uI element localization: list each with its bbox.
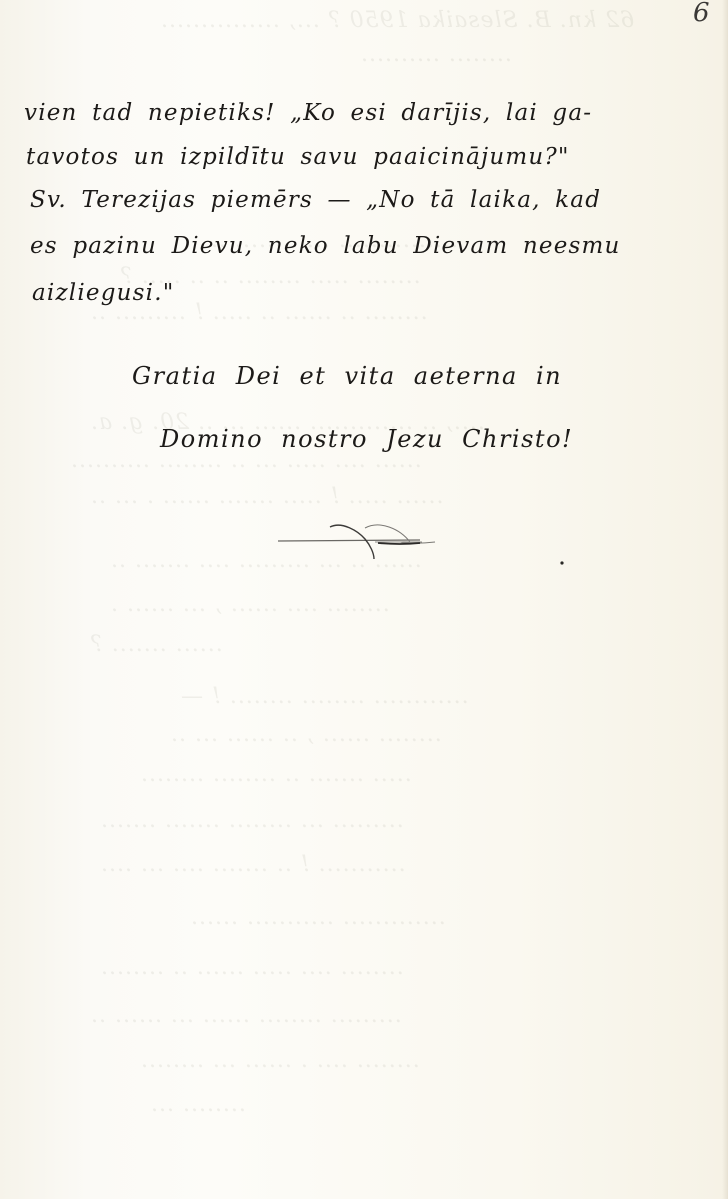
manuscript-page: 62 kn. B. Slesaika 1950 ? ..., .........… xyxy=(0,0,728,1199)
bleed-line: ......... ... ........ ....... ....... xyxy=(100,808,404,833)
bleed-line: ........ .... ..... ...... .. ........ xyxy=(100,955,404,980)
bleed-line: ......... ........ ...... ... ...... .. xyxy=(90,1003,402,1028)
bleed-line: ..... ....... .. ........ ........ xyxy=(140,762,412,787)
closing-line-1: Gratia Dei et vita aeterna in xyxy=(132,362,562,390)
bleed-line: ............ ........ ........ ! — xyxy=(180,684,469,709)
body-line-1: vien tad nepietiks! „Ko esi darījis, lai… xyxy=(24,100,592,126)
body-line-3: Sv. Terezijas piemērs — „No tā laika, ka… xyxy=(30,187,601,213)
signature-flourish-icon xyxy=(270,515,600,575)
body-line-2: tavotos un izpildītu savu paaicinājumu?" xyxy=(26,144,570,170)
page-number: 6 xyxy=(693,0,710,26)
closing-line-2: Domino nostro Jezu Christo! xyxy=(160,425,573,453)
bleed-line: ........ ... xyxy=(150,1092,246,1117)
bleed-line: ............. ........... ...... xyxy=(190,905,446,930)
bleed-line: ........... ! .. ....... .... ... .... xyxy=(100,852,406,877)
bleed-line: ........ .... ...... , ... ...... . xyxy=(110,592,390,617)
bleed-through-layer: 62 kn. B. Slesaika 1950 ? ..., .........… xyxy=(0,0,728,1199)
bleed-line: ...... ....... ? xyxy=(90,632,223,657)
bleed-line: ...... ..... ! ..... ....... ...... . ..… xyxy=(90,484,444,509)
bleed-line: 62 kn. B. Slesaika 1950 ? ..., .........… xyxy=(160,8,634,33)
bleed-line: ........ .... . ...... ... ........ xyxy=(140,1048,420,1073)
bleed-line: ........ ...... , .. ...... ... .. xyxy=(170,722,442,747)
body-line-4: es pazinu Dievu, neko labu Dievam neesmu xyxy=(30,233,621,259)
bleed-line: ........ .......... xyxy=(360,42,512,67)
body-line-5: aizliegusi." xyxy=(32,280,175,306)
